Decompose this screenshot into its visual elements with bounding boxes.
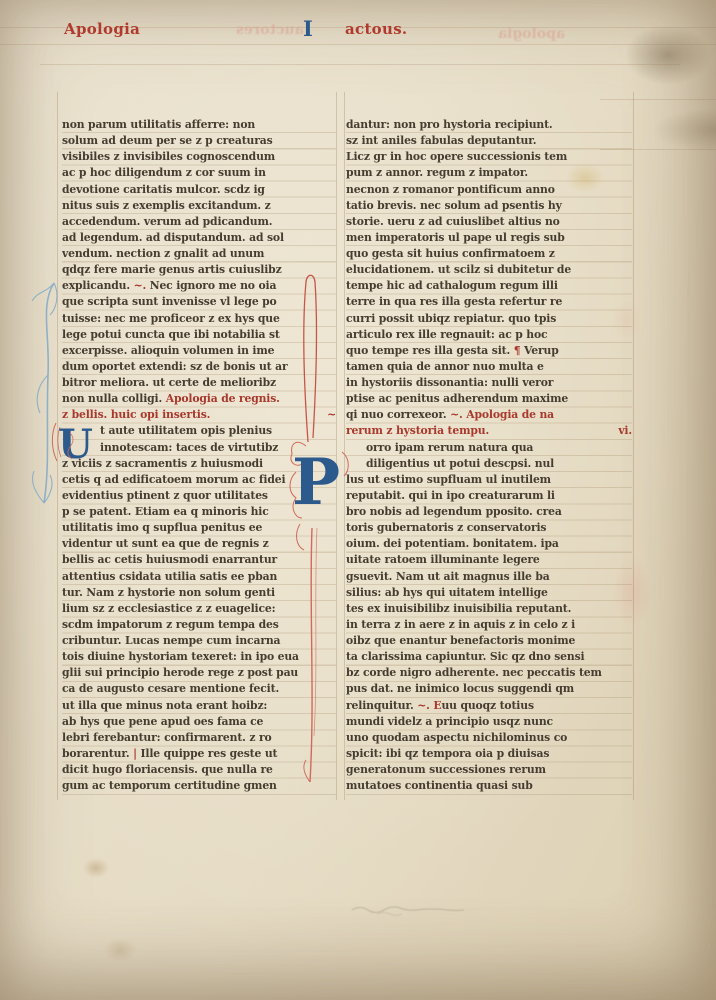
text-line: generatonum successiones rerum xyxy=(346,762,632,778)
text-line: bro nobis ad legendum pposito. crea xyxy=(346,504,632,520)
text-line: ptise ac penitus adherendum maxime xyxy=(346,391,632,407)
text-line: quo gesta sit huius confirmatoem z xyxy=(346,246,632,262)
showthrough-text-right: apologia xyxy=(498,26,565,42)
text-line: mutatoes continentia quasi sub xyxy=(346,778,632,794)
text-line: non parum utilitatis afferre: non xyxy=(62,117,336,133)
running-title-right: actous. xyxy=(345,20,407,38)
ruling-line xyxy=(0,44,716,45)
text-line: tatio brevis. nec solum ad psentis hy xyxy=(346,198,632,214)
text-line: uitate ratoem illuminante legere xyxy=(346,552,632,568)
text-line: vendum. nection z gnalit ad unum xyxy=(62,246,336,262)
text-line: uno quodam aspectu nichilominus co xyxy=(346,730,632,746)
text-line: qi nuo correxeor. ~. Apologia de na xyxy=(346,407,632,423)
text-line: ac p hoc diligendum z cor suum in xyxy=(62,165,336,181)
text-line: mundi videlz a principio usqz nunc xyxy=(346,714,632,730)
running-header: Apologia auctores I actous. apologia xyxy=(0,18,716,42)
decorated-initial-U: U xyxy=(48,417,100,469)
text-line: storie. ueru z ad cuiuslibet altius no xyxy=(346,214,632,230)
decorated-initial-P: P xyxy=(286,266,356,796)
pencil-inscription xyxy=(348,900,478,918)
chapter-numeral: I xyxy=(303,16,313,41)
text-line: reputabit. qui in ipo creaturarum li xyxy=(346,488,632,504)
text-line: accedendum. verum ad pdicandum. xyxy=(62,214,336,230)
ruling-line xyxy=(600,99,716,100)
running-title-left: Apologia xyxy=(64,20,140,38)
text-line: bz corde nigro adherente. nec peccatis t… xyxy=(346,665,632,681)
text-line: silius: ab hys qui uitatem intellige xyxy=(346,585,632,601)
text-line: solum ad deum per se z p creaturas xyxy=(62,133,336,149)
text-line: toris gubernatoris z conservatoris xyxy=(346,520,632,536)
text-line: ad legendum. ad disputandum. ad sol xyxy=(62,230,336,246)
text-line: lus ut estimo supfluam ul inutilem xyxy=(346,472,632,488)
text-line: articulo rex ille regnauit: ac p hoc xyxy=(346,327,632,343)
text-line: Licz gr in hoc opere successionis tem xyxy=(346,149,632,165)
text-line: in terra z in aere z in aquis z in celo … xyxy=(346,617,632,633)
text-line: quo tempe res illa gesta sit. ¶ Verup xyxy=(346,343,632,359)
text-line: diligentius ut potui descpsi. nul xyxy=(346,456,632,472)
text-line: orro ipam rerum natura qua xyxy=(346,440,632,456)
text-line: tes ex inuisibilibz inuisibilia reputant… xyxy=(346,601,632,617)
marginal-penwork-flourish-blue xyxy=(20,275,66,510)
text-line: men imperatoris ul pape ul regis sub xyxy=(346,230,632,246)
ruling-line xyxy=(40,64,680,65)
text-line: in hystoriis dissonantia: nulli veror xyxy=(346,375,632,391)
text-line: elucidationem. ut scilz si dubitetur de xyxy=(346,262,632,278)
ruling-line xyxy=(633,92,634,800)
text-line: tempe hic ad cathalogum regum illi xyxy=(346,278,632,294)
text-line: pum z annor. regum z impator. xyxy=(346,165,632,181)
showthrough-text-center: auctores xyxy=(236,22,304,38)
text-line: relinquitur. ~. Euu quoqz totius xyxy=(346,698,632,714)
text-line: oium. dei potentiam. bonitatem. ipa xyxy=(346,536,632,552)
text-line: tamen quia de annor nuo multa e xyxy=(346,359,632,375)
text-line: gsuevit. Nam ut ait magnus ille ba xyxy=(346,569,632,585)
text-line: oibz que enantur benefactoris monime xyxy=(346,633,632,649)
text-line: nitus suis z exemplis excitandum. z xyxy=(62,198,336,214)
text-line: terre in qua res illa gesta refertur re xyxy=(346,294,632,310)
text-line: ta clarissima capiuntur. Sic qz dno sens… xyxy=(346,649,632,665)
text-line: rerum z hystoria tempu.vi. xyxy=(346,423,632,439)
text-line: visibiles z invisibiles cognoscendum xyxy=(62,149,336,165)
text-line: sz int aniles fabulas deputantur. xyxy=(346,133,632,149)
text-line: devotione caritatis mulcor. scdz ig xyxy=(62,182,336,198)
right-text-column: dantur: non pro hystoria recipiunt.sz in… xyxy=(346,117,632,796)
text-line: pus dat. ne inimico locus suggendi qm xyxy=(346,681,632,697)
svg-text:U: U xyxy=(58,421,93,468)
text-line: curri possit ubiqz repiatur. quo tpis xyxy=(346,311,632,327)
text-line: necnon z romanor pontificum anno xyxy=(346,182,632,198)
text-line: dantur: non pro hystoria recipiunt. xyxy=(346,117,632,133)
manuscript-page: Apologia auctores I actous. apologia non… xyxy=(0,0,716,1000)
text-line: spicit: ibi qz tempora oia p diuisas xyxy=(346,746,632,762)
svg-text:P: P xyxy=(292,445,340,520)
